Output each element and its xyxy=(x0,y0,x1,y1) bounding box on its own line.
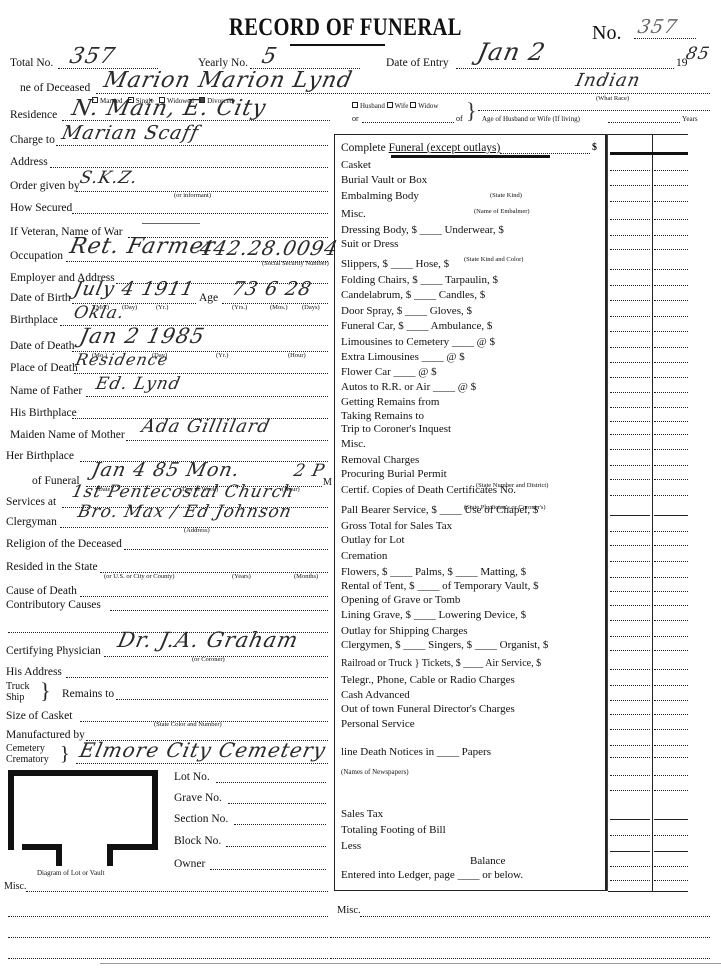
amount-dollars-field[interactable] xyxy=(610,531,650,532)
his-birthplace-label: His Birthplace xyxy=(10,408,77,420)
owner-line xyxy=(210,869,326,870)
outlay-row-label: (Names of Newspapers) xyxy=(341,769,409,776)
brace-icon: } xyxy=(40,680,51,702)
diagram-post-right xyxy=(107,844,113,866)
amount-cents-field[interactable] xyxy=(654,407,688,408)
misc-left-line-1 xyxy=(26,891,328,892)
amount-dollars-field[interactable] xyxy=(610,835,650,836)
outlay-row-label: Cash Advanced xyxy=(341,690,410,701)
deceased-name-label: ne of Deceased xyxy=(20,83,90,95)
amount-columns-bottom xyxy=(608,891,688,892)
date-of-entry-value[interactable]: Jan 2 xyxy=(475,40,547,64)
amount-dollars-field[interactable] xyxy=(610,620,650,621)
amount-cents-field[interactable] xyxy=(654,745,688,746)
cemetery-label: Cemetery xyxy=(6,744,45,754)
amount-cents-field[interactable] xyxy=(654,714,688,715)
birthplace-value[interactable]: Okla. xyxy=(72,305,126,322)
cemetery-line xyxy=(76,763,328,764)
clergyman-address-caption: (Address) xyxy=(184,528,210,535)
amount-cents-field[interactable] xyxy=(654,775,688,776)
spouse-age-line-top xyxy=(478,110,710,111)
amount-cents-field[interactable] xyxy=(654,561,688,562)
owner-label: Owner xyxy=(174,859,205,871)
age-value[interactable]: 73 6 28 xyxy=(230,280,314,299)
misc-right-line-3 xyxy=(330,958,710,959)
outlay-row-label: Candelabrum, $ ____ Candles, $ xyxy=(341,290,485,301)
dob-year-caption: (Yr.) xyxy=(156,305,168,312)
years-label: Years xyxy=(682,116,698,123)
amount-cents-field[interactable] xyxy=(654,219,688,220)
amount-cents-field[interactable] xyxy=(654,449,688,450)
outlay-row-label: Removal Charges xyxy=(341,455,419,466)
ssn-value[interactable]: 442.28.0094 xyxy=(198,238,341,258)
grave-no-label: Grave No. xyxy=(174,793,222,805)
suit-caption: (State Kind and Color) xyxy=(464,257,523,264)
amount-dollars-field[interactable] xyxy=(610,669,650,670)
outlay-row-label: Folding Chairs, $ ____ Tarpaulin, $ xyxy=(341,275,498,286)
residence-label: Residence xyxy=(10,110,57,122)
amount-dollars-field[interactable] xyxy=(610,201,650,202)
date-of-birth-label: Date of Birth xyxy=(10,293,71,305)
ship-label: Ship xyxy=(6,693,24,703)
amount-cents-field[interactable] xyxy=(654,347,688,348)
amount-dollars-field[interactable] xyxy=(610,561,650,562)
outlay-row-label: Lining Grave, $ ____ Lowering Device, $ xyxy=(341,610,526,621)
amount-dollars-field[interactable] xyxy=(610,479,650,480)
amount-dollars-field[interactable] xyxy=(610,347,650,348)
amount-cents-field[interactable] xyxy=(654,835,688,836)
remains-to-line xyxy=(116,699,328,700)
amount-dollars-field[interactable] xyxy=(610,577,650,578)
outlay-row-label: Slippers, $ ____ Hose, $ xyxy=(341,259,449,270)
his-address-label: His Address xyxy=(6,667,62,679)
amount-dollars-field[interactable] xyxy=(610,300,650,301)
outlay-row-label: Misc. xyxy=(341,439,366,450)
year-value[interactable]: 85 xyxy=(684,46,711,63)
title-underline xyxy=(290,44,385,46)
amount-cents-field[interactable] xyxy=(654,331,688,332)
age-months-caption: (Mos.) xyxy=(270,305,288,312)
place-of-death-value[interactable]: Residence xyxy=(74,352,170,368)
outlay-row-label: Opening of Grave or Tomb xyxy=(341,595,460,606)
amount-cents-field[interactable] xyxy=(654,316,688,317)
date-of-death-value[interactable]: Jan 2 1985 xyxy=(78,326,207,347)
crematory-label: Crematory xyxy=(6,755,49,765)
religion-label: Religion of the Deceased xyxy=(6,539,122,551)
amount-cents-field[interactable] xyxy=(654,866,688,867)
outlay-row-label: Funeral Car, $ ____ Ambulance, $ xyxy=(341,321,492,332)
record-number-value[interactable]: 357 xyxy=(636,18,679,37)
page-title: RECORD OF FUNERAL xyxy=(229,14,462,42)
outlay-row-label: Getting Remains from xyxy=(341,397,439,408)
amount-dollars-field[interactable] xyxy=(610,757,650,758)
amount-dollars-field[interactable] xyxy=(610,219,650,220)
ssn-caption: (Social Security Number) xyxy=(262,261,329,268)
date-of-entry-line xyxy=(456,68,674,69)
spouse-age-line xyxy=(608,122,680,123)
outlay-row-label: Railroad or Truck } Tickets, $ ____ Air … xyxy=(341,659,541,669)
total-no-label: Total No. xyxy=(10,58,53,70)
resided-area-caption: (or U.S. or City or County) xyxy=(104,574,175,581)
amount-dollars-field[interactable] xyxy=(610,331,650,332)
amount-cents-field[interactable] xyxy=(654,201,688,202)
brace-icon: } xyxy=(60,744,70,764)
casket-size-label: Size of Casket xyxy=(6,711,72,723)
amount-dollars-field[interactable] xyxy=(610,362,650,363)
funeral-hour-value[interactable]: 2 P xyxy=(292,463,326,480)
father-label: Name of Father xyxy=(10,386,82,398)
section-no-line xyxy=(234,824,326,825)
amount-dollars-field[interactable] xyxy=(610,880,650,881)
spouse-options: Husband Wife Widow xyxy=(352,102,438,110)
amount-cents-field[interactable] xyxy=(654,269,688,270)
checkbox-icon[interactable] xyxy=(352,102,358,108)
complete-funeral-line xyxy=(500,153,590,154)
outlay-row-label: line Death Notices in ____ Papers xyxy=(341,747,491,758)
services-at-label: Services at xyxy=(6,497,56,509)
residence-value[interactable]: N. Main, E. City xyxy=(70,98,269,120)
amount-cents-field[interactable] xyxy=(654,479,688,480)
race-caption: (What Race) xyxy=(596,96,629,103)
outlay-row-label: Rental of Tent, $ ____ of Temporary Vaul… xyxy=(341,581,539,592)
amount-dollars-field[interactable] xyxy=(610,591,650,592)
page-bottom-edge xyxy=(100,963,721,964)
block-no-label: Block No. xyxy=(174,836,221,848)
clergyman-value[interactable]: Bro. Max / Ed Johnson xyxy=(76,504,293,521)
outlay-row-label: Balance xyxy=(470,856,505,867)
outlay-row-label: Gross Total for Sales Tax xyxy=(341,521,452,532)
yearly-no-value[interactable]: 5 xyxy=(260,46,280,68)
remains-to-label: Remains to xyxy=(62,689,114,701)
amount-dollars-field[interactable] xyxy=(610,185,650,186)
deceased-name-value[interactable]: Marion Marion Lynd xyxy=(102,70,355,92)
coroner-caption: (or Coroner) xyxy=(192,657,225,664)
amount-dollars-field[interactable] xyxy=(610,421,650,422)
diagram-caption: Diagram of Lot or Vault xyxy=(37,870,105,877)
outlay-row-label: Less xyxy=(341,841,361,852)
dod-hour-caption: (Hour) xyxy=(288,353,306,360)
amount-dollars-field[interactable] xyxy=(610,434,650,435)
outlay-row-label: Telegr., Phone, Cable or Radio Charges xyxy=(341,675,515,686)
outlay-row-label: Flower Car ____ @ $ xyxy=(341,367,437,378)
date-of-birth-value[interactable]: July 4 1911 xyxy=(72,280,196,299)
outlay-row-label: Misc. xyxy=(341,209,366,220)
amount-cents-field[interactable] xyxy=(654,729,688,730)
amount-cents-field[interactable] xyxy=(654,515,688,516)
spouse-age-caption: Age of Husband or Wife (If living) xyxy=(482,116,580,123)
mother-label: Maiden Name of Mother xyxy=(10,430,125,442)
lot-no-label: Lot No. xyxy=(174,772,210,784)
amount-dollars-field[interactable] xyxy=(610,790,650,791)
amount-dollars-field[interactable] xyxy=(610,269,650,270)
complete-funeral-label: Complete Funeral (except outlays) xyxy=(341,143,500,155)
amount-dollars-field[interactable] xyxy=(610,235,650,236)
amount-cents-field[interactable] xyxy=(654,495,688,496)
occupation-value[interactable]: Ret. Farmer xyxy=(68,236,218,258)
amount-cents-field[interactable] xyxy=(654,669,688,670)
amount-cents-field[interactable] xyxy=(654,636,688,637)
amount-cents-field[interactable] xyxy=(654,757,688,758)
amount-cents-field[interactable] xyxy=(654,620,688,621)
amount-cents-field[interactable] xyxy=(654,392,688,393)
amount-cents-field[interactable] xyxy=(654,851,688,852)
deceased-name-line xyxy=(96,93,710,94)
outlay-row-label: Trip to Coroner's Inquest xyxy=(341,424,451,435)
amount-dollars-field[interactable] xyxy=(610,545,650,546)
amount-cents-field[interactable] xyxy=(654,685,688,686)
manufactured-by-label: Manufactured by xyxy=(6,730,85,742)
outlay-row-label: Procuring Burial Permit xyxy=(341,469,447,480)
amount-dollars-field[interactable] xyxy=(610,685,650,686)
outlay-row-label: Limousines to Cemetery ____ @ $ xyxy=(341,337,495,348)
mother-value[interactable]: Ada Gillilard xyxy=(140,418,272,436)
amount-cents-field[interactable] xyxy=(654,362,688,363)
date-of-entry-label: Date of Entry xyxy=(386,58,449,70)
misc-left-line-4 xyxy=(8,958,328,959)
amount-cents-field[interactable] xyxy=(654,700,688,701)
cemetery-value[interactable]: Elmore City Cemetery xyxy=(78,740,328,760)
father-value[interactable]: Ed. Lynd xyxy=(94,376,182,393)
occupation-label: Occupation xyxy=(10,251,63,263)
amount-cents-field[interactable] xyxy=(654,650,688,651)
outlay-row-label: Door Spray, $ ____ Gloves, $ xyxy=(341,306,472,317)
outlay-row-label: Personal Service xyxy=(341,719,415,730)
amount-dollars-field[interactable] xyxy=(610,775,650,776)
outlay-row-label: Cremation xyxy=(341,551,387,562)
spouse-line xyxy=(362,122,454,123)
amount-cents-field[interactable] xyxy=(654,605,688,606)
amount-dollars-field[interactable] xyxy=(610,851,650,852)
how-secured-label: How Secured xyxy=(10,203,72,215)
section-no-label: Section No. xyxy=(174,814,228,826)
amount-cents-field[interactable] xyxy=(654,819,688,820)
amount-cents-field[interactable] xyxy=(654,300,688,301)
dollar-sign: $ xyxy=(592,143,597,153)
amount-cents-field[interactable] xyxy=(654,545,688,546)
informant-caption: (or informant) xyxy=(174,193,211,200)
cause-of-death-label: Cause of Death xyxy=(6,586,77,598)
outlay-row-label: Outlay for Shipping Charges xyxy=(341,626,468,637)
grave-no-line xyxy=(228,803,326,804)
clergyman-label: Clergyman xyxy=(6,517,57,529)
charge-to-label: Charge to xyxy=(10,135,55,147)
amount-cents-field[interactable] xyxy=(654,531,688,532)
resided-years-caption: (Years) xyxy=(232,574,251,581)
dod-year-caption: (Yr.) xyxy=(216,353,228,360)
record-number-line xyxy=(634,38,696,39)
amount-columns-top xyxy=(608,134,688,135)
age-label: Age xyxy=(199,293,218,305)
outlay-row-label: Suit or Dress xyxy=(341,239,398,250)
amount-dollars-field[interactable] xyxy=(610,745,650,746)
outlay-row-label: Flowers, $ ____ Palms, $ ____ Matting, $ xyxy=(341,567,526,578)
amount-dollars-field[interactable] xyxy=(610,407,650,408)
amount-cents-field[interactable] xyxy=(654,377,688,378)
outlay-row-label: Sales Tax xyxy=(341,809,383,820)
contributory-line xyxy=(110,610,328,611)
amount-dollars-field[interactable] xyxy=(610,866,650,867)
address-label: Address xyxy=(10,157,48,169)
charge-to-line xyxy=(56,145,328,146)
resided-label: Resided in the State xyxy=(6,562,98,574)
amount-cents-field[interactable] xyxy=(654,434,688,435)
amount-cents-field[interactable] xyxy=(654,170,688,171)
amount-cents-field[interactable] xyxy=(654,421,688,422)
outlay-row-label: Totaling Footing of Bill xyxy=(341,825,446,836)
mother-line xyxy=(126,440,328,441)
outlay-row-label: Out of town Funeral Director's Charges xyxy=(341,704,515,715)
outlay-row-label: Taking Remains to xyxy=(341,411,424,422)
amount-dollars-field[interactable] xyxy=(610,449,650,450)
vault-caption: (State Kind) xyxy=(490,193,522,200)
order-given-by-label: Order given by xyxy=(10,181,80,193)
amount-dollars-field[interactable] xyxy=(610,650,650,651)
amount-dollars-field[interactable] xyxy=(610,316,650,317)
misc-left-line-3 xyxy=(8,937,328,938)
amount-column-divider xyxy=(606,134,608,891)
complete-funeral-amount-rule xyxy=(610,152,688,155)
age-days-caption: (Days) xyxy=(302,305,320,312)
amount-cents-field[interactable] xyxy=(654,465,688,466)
amount-dollars-field[interactable] xyxy=(610,249,650,250)
permit-caption: (State Number and District) xyxy=(476,483,548,490)
her-birthplace-label: Her Birthplace xyxy=(6,451,74,463)
diagram-post-left xyxy=(56,844,62,866)
brace-icon: } xyxy=(466,100,477,122)
of-label: of xyxy=(456,115,463,123)
outlay-row-label: Outlay for Lot xyxy=(341,535,405,546)
amount-dollars-field[interactable] xyxy=(610,819,650,820)
amount-dollars-field[interactable] xyxy=(610,636,650,637)
funeral-meridiem-suffix: M xyxy=(323,478,332,488)
outlay-row-label: Embalming Body xyxy=(341,191,419,202)
amount-dollars-field[interactable] xyxy=(610,495,650,496)
outlay-row-label: Dressing Body, $ ____ Underwear, $ xyxy=(341,225,504,236)
misc-right-label: Misc. xyxy=(337,906,361,917)
complete-funeral-heavy-underline xyxy=(391,155,550,158)
amount-dollars-field[interactable] xyxy=(610,714,650,715)
amount-dollars-field[interactable] xyxy=(610,170,650,171)
amount-cents-field[interactable] xyxy=(654,249,688,250)
physician-value[interactable]: Dr. J.A. Graham xyxy=(116,630,301,651)
lot-no-line xyxy=(216,782,326,783)
order-given-by-value[interactable]: S.K.Z. xyxy=(78,170,139,187)
amount-cents-field[interactable] xyxy=(654,185,688,186)
diagram-edge-right xyxy=(107,844,158,850)
misc-left-line-2 xyxy=(8,916,328,917)
amount-dollars-field[interactable] xyxy=(610,465,650,466)
misc-right-line-2 xyxy=(330,937,710,938)
amount-dollars-field[interactable] xyxy=(610,605,650,606)
amount-cents-field[interactable] xyxy=(654,285,688,286)
date-of-death-label: Date of Death xyxy=(10,341,75,353)
casket-color-caption: (State Color and Number) xyxy=(154,722,222,729)
race-value[interactable]: Indian xyxy=(574,72,642,90)
place-of-death-label: Place of Death xyxy=(10,363,78,375)
amount-dollars-field[interactable] xyxy=(610,377,650,378)
outlay-row-label: Clergymen, $ ____ Singers, $ ____ Organi… xyxy=(341,640,548,651)
services-at-value[interactable]: 1st Pentecostal Church xyxy=(70,484,296,501)
funeral-date-value[interactable]: Jan 4 85 Mon. xyxy=(90,461,242,480)
checkbox-icon[interactable] xyxy=(387,102,393,108)
record-number-label: No. xyxy=(592,22,621,45)
outlay-row-label: Autos to R.R. or Air ____ @ $ xyxy=(341,382,476,393)
his-address-line xyxy=(66,677,328,678)
misc-left-label: Misc. xyxy=(4,882,27,892)
age-years-caption: (Yrs.) xyxy=(232,305,247,312)
amount-dollars-field[interactable] xyxy=(610,700,650,701)
resided-months-caption: (Months) xyxy=(294,574,318,581)
cents-column-divider xyxy=(652,134,653,891)
contributory-label: Contributory Causes xyxy=(6,600,101,612)
cause-of-death-line xyxy=(80,596,328,597)
amount-dollars-field[interactable] xyxy=(610,729,650,730)
religion-line xyxy=(124,549,328,550)
amount-cents-field[interactable] xyxy=(654,880,688,881)
outlay-row-label: Casket xyxy=(341,160,371,171)
outlay-row-label: Extra Limousines ____ @ $ xyxy=(341,352,465,363)
embalmer-caption: (Name of Embalmer) xyxy=(474,209,530,216)
veteran-value-dash xyxy=(142,223,200,224)
how-secured-line xyxy=(72,213,328,214)
amount-cents-field[interactable] xyxy=(654,591,688,592)
father-line xyxy=(86,396,328,397)
certif-caption: (State Physician's or Coroner's) xyxy=(464,505,546,512)
block-no-line xyxy=(226,846,326,847)
amount-dollars-field[interactable] xyxy=(610,515,650,516)
physician-label: Certifying Physician xyxy=(6,646,101,658)
amount-cents-field[interactable] xyxy=(654,577,688,578)
amount-dollars-field[interactable] xyxy=(610,392,650,393)
amount-cents-field[interactable] xyxy=(654,790,688,791)
truck-label: Truck xyxy=(6,682,30,692)
outlay-row-label: Entered into Ledger, page ____ or below. xyxy=(341,870,523,881)
total-no-value[interactable]: 357 xyxy=(68,46,118,68)
checkbox-icon[interactable] xyxy=(410,102,416,108)
charge-to-value[interactable]: Marian Scaff xyxy=(60,124,201,143)
or-label: or xyxy=(352,115,359,123)
misc-right-line-1 xyxy=(360,916,710,917)
amount-cents-field[interactable] xyxy=(654,235,688,236)
outlay-row-label: Burial Vault or Box xyxy=(341,175,427,186)
birthplace-label: Birthplace xyxy=(10,315,58,327)
amount-dollars-field[interactable] xyxy=(610,285,650,286)
